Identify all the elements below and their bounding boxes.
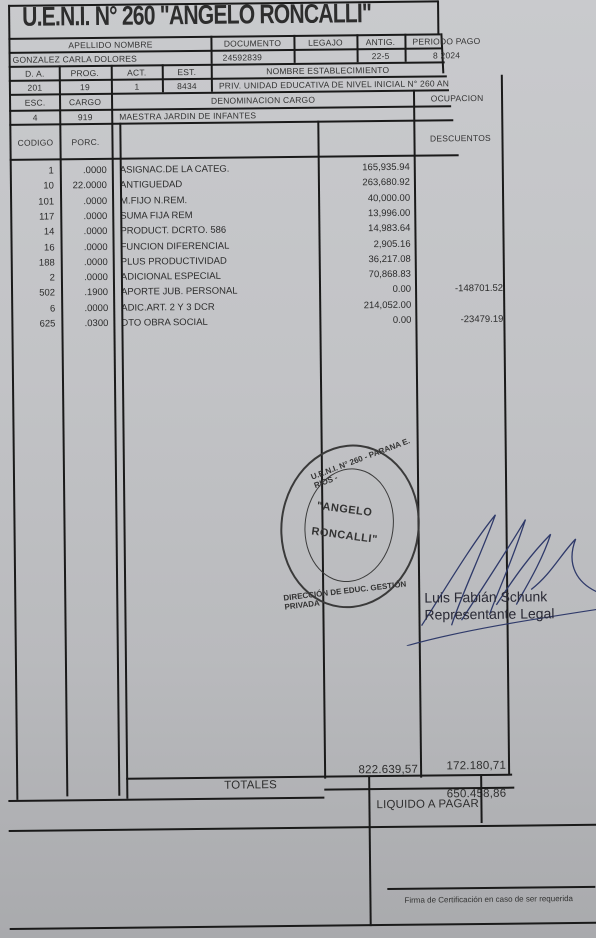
rule	[9, 824, 596, 832]
item-haberes: 36,217.08	[319, 254, 411, 266]
label-da: D. A.	[11, 68, 59, 79]
item-concepto: FUNCION DIFERENCIAL	[121, 240, 230, 252]
rule	[480, 775, 482, 823]
label-act: ACT.	[113, 67, 161, 78]
item-haberes: 263,680.92	[318, 177, 410, 189]
item-haberes: 14,983.64	[318, 223, 410, 235]
pay-stub: U.E.N.I. N° 260 "ANGELO RONCALLI" APELLI…	[0, 0, 596, 938]
signatory-role: Representante Legal	[424, 605, 554, 622]
item-porc: .0000	[62, 211, 107, 222]
item-porc: .0000	[63, 272, 108, 283]
item-haberes: 0.00	[319, 284, 411, 296]
item-descuentos	[416, 191, 502, 192]
item-codigo: 14	[12, 227, 54, 238]
liquido-a-pagar: 650.458,86	[422, 788, 506, 801]
item-porc: .0300	[63, 318, 108, 329]
item-concepto: ADIC.ART. 2 Y 3 DCR	[121, 301, 215, 313]
label-ocupacion: OCUPACION	[415, 93, 499, 104]
value-est: 8434	[164, 81, 210, 91]
item-codigo: 188	[13, 257, 55, 268]
item-porc: .1900	[63, 287, 108, 298]
value-denominacion-cargo: MAESTRA JARDIN DE INFANTES	[119, 110, 256, 121]
item-codigo: 10	[12, 181, 54, 192]
label-porc: PORC.	[61, 137, 109, 148]
rule	[437, 0, 439, 34]
item-descuentos	[416, 161, 502, 162]
label-antig: ANTIG.	[358, 37, 402, 47]
item-concepto: M.FIJO N.REM.	[120, 195, 187, 207]
item-haberes: 40,000.00	[318, 192, 410, 204]
item-codigo: 16	[13, 242, 55, 253]
value-prog: 19	[61, 82, 109, 93]
item-concepto: ANTIGUEDAD	[120, 179, 182, 191]
item-descuentos	[417, 237, 503, 238]
item-haberes: 0.00	[319, 315, 411, 327]
item-descuentos	[417, 298, 503, 299]
item-concepto: ADICIONAL ESPECIAL	[121, 271, 221, 283]
value-cargo: 919	[61, 112, 109, 123]
item-porc: .0000	[62, 226, 107, 237]
rule	[8, 797, 324, 802]
item-descuentos: -23479.19	[417, 314, 503, 326]
value-periodo-pago: 8 2024	[407, 50, 487, 61]
value-antig: 22-5	[359, 51, 403, 61]
certification-line	[387, 886, 595, 890]
label-esc: ESC.	[11, 97, 59, 108]
item-haberes: 214,052.00	[319, 299, 411, 311]
item-codigo: 2	[13, 273, 55, 284]
item-haberes: 165,935.94	[318, 162, 410, 174]
item-concepto: SUMA FIJA REM	[120, 210, 192, 222]
label-prog: PROG.	[61, 68, 109, 79]
label-legajo: LEGAJO	[295, 37, 355, 48]
item-porc: .0000	[63, 241, 108, 252]
item-descuentos	[417, 268, 503, 269]
label-descuentos: DESCUENTOS	[415, 133, 505, 144]
rule	[119, 123, 128, 799]
totals-haberes: 822.639,57	[338, 764, 418, 777]
item-descuentos	[416, 207, 502, 208]
label-apellido-nombre: APELLIDO NOMBRE	[10, 39, 210, 51]
item-porc: .0000	[63, 257, 108, 268]
item-concepto: ASIGNAC.DE LA CATEG.	[120, 164, 230, 176]
signature-scribble	[400, 504, 596, 646]
item-haberes: 70,868.83	[319, 269, 411, 281]
certification-label: Firma de Certificación en caso de ser re…	[404, 894, 573, 905]
item-codigo: 117	[12, 211, 54, 222]
rule	[10, 154, 459, 160]
rule	[126, 774, 512, 780]
value-ocupacion	[415, 108, 499, 109]
rule	[10, 922, 596, 930]
value-documento: 24592839	[223, 52, 263, 62]
item-concepto: PRODUCT. DCRTO. 586	[120, 225, 226, 237]
value-act: 1	[113, 81, 161, 92]
totals-label: TOTALES	[224, 779, 277, 792]
label-est: EST.	[164, 67, 210, 77]
value-legajo	[296, 51, 356, 52]
label-periodo-pago: PERIODO PAGO	[406, 36, 486, 47]
item-descuentos	[417, 253, 503, 254]
item-haberes: 13,996.00	[318, 208, 410, 220]
item-codigo: 625	[13, 318, 55, 329]
item-descuentos	[416, 176, 502, 177]
item-concepto: APORTE JUB. PERSONAL	[121, 286, 238, 298]
item-codigo: 1	[12, 165, 54, 176]
item-porc: 22.0000	[62, 180, 107, 191]
totals-descuentos: 172.180,71	[422, 760, 506, 773]
rule	[501, 75, 510, 775]
item-codigo: 502	[13, 288, 55, 299]
item-porc: .0000	[62, 165, 107, 176]
item-descuentos	[416, 222, 502, 223]
item-concepto: PLUS PRODUCTIVIDAD	[121, 255, 227, 267]
label-cargo: CARGO	[61, 97, 109, 108]
value-apellido-nombre: GONZALEZ CARLA DOLORES	[13, 54, 137, 65]
label-denominacion-cargo: DENOMINACION CARGO	[113, 94, 413, 107]
school-title: U.E.N.I. N° 260 "ANGELO RONCALLI"	[22, 0, 371, 33]
rule	[111, 65, 120, 796]
label-documento: DOCUMENTO	[212, 38, 292, 49]
item-concepto: DTO OBRA SOCIAL	[121, 317, 208, 329]
item-haberes: 2,905.16	[319, 238, 411, 250]
stamp-ring-bottom: DIRECCIÓN DE EDUC. GESTIÓN PRIVADA	[283, 579, 409, 611]
value-da: 201	[11, 82, 59, 93]
item-codigo: 101	[12, 196, 54, 207]
item-porc: .0000	[63, 303, 108, 314]
rule	[368, 776, 371, 926]
signatory-name: Luis Fabián Schunk	[424, 588, 547, 605]
item-descuentos: -148701.52	[417, 283, 503, 295]
label-codigo: CODIGO	[11, 137, 59, 148]
value-esc: 4	[11, 112, 59, 123]
item-porc: .0000	[62, 195, 107, 206]
item-codigo: 6	[13, 303, 55, 314]
